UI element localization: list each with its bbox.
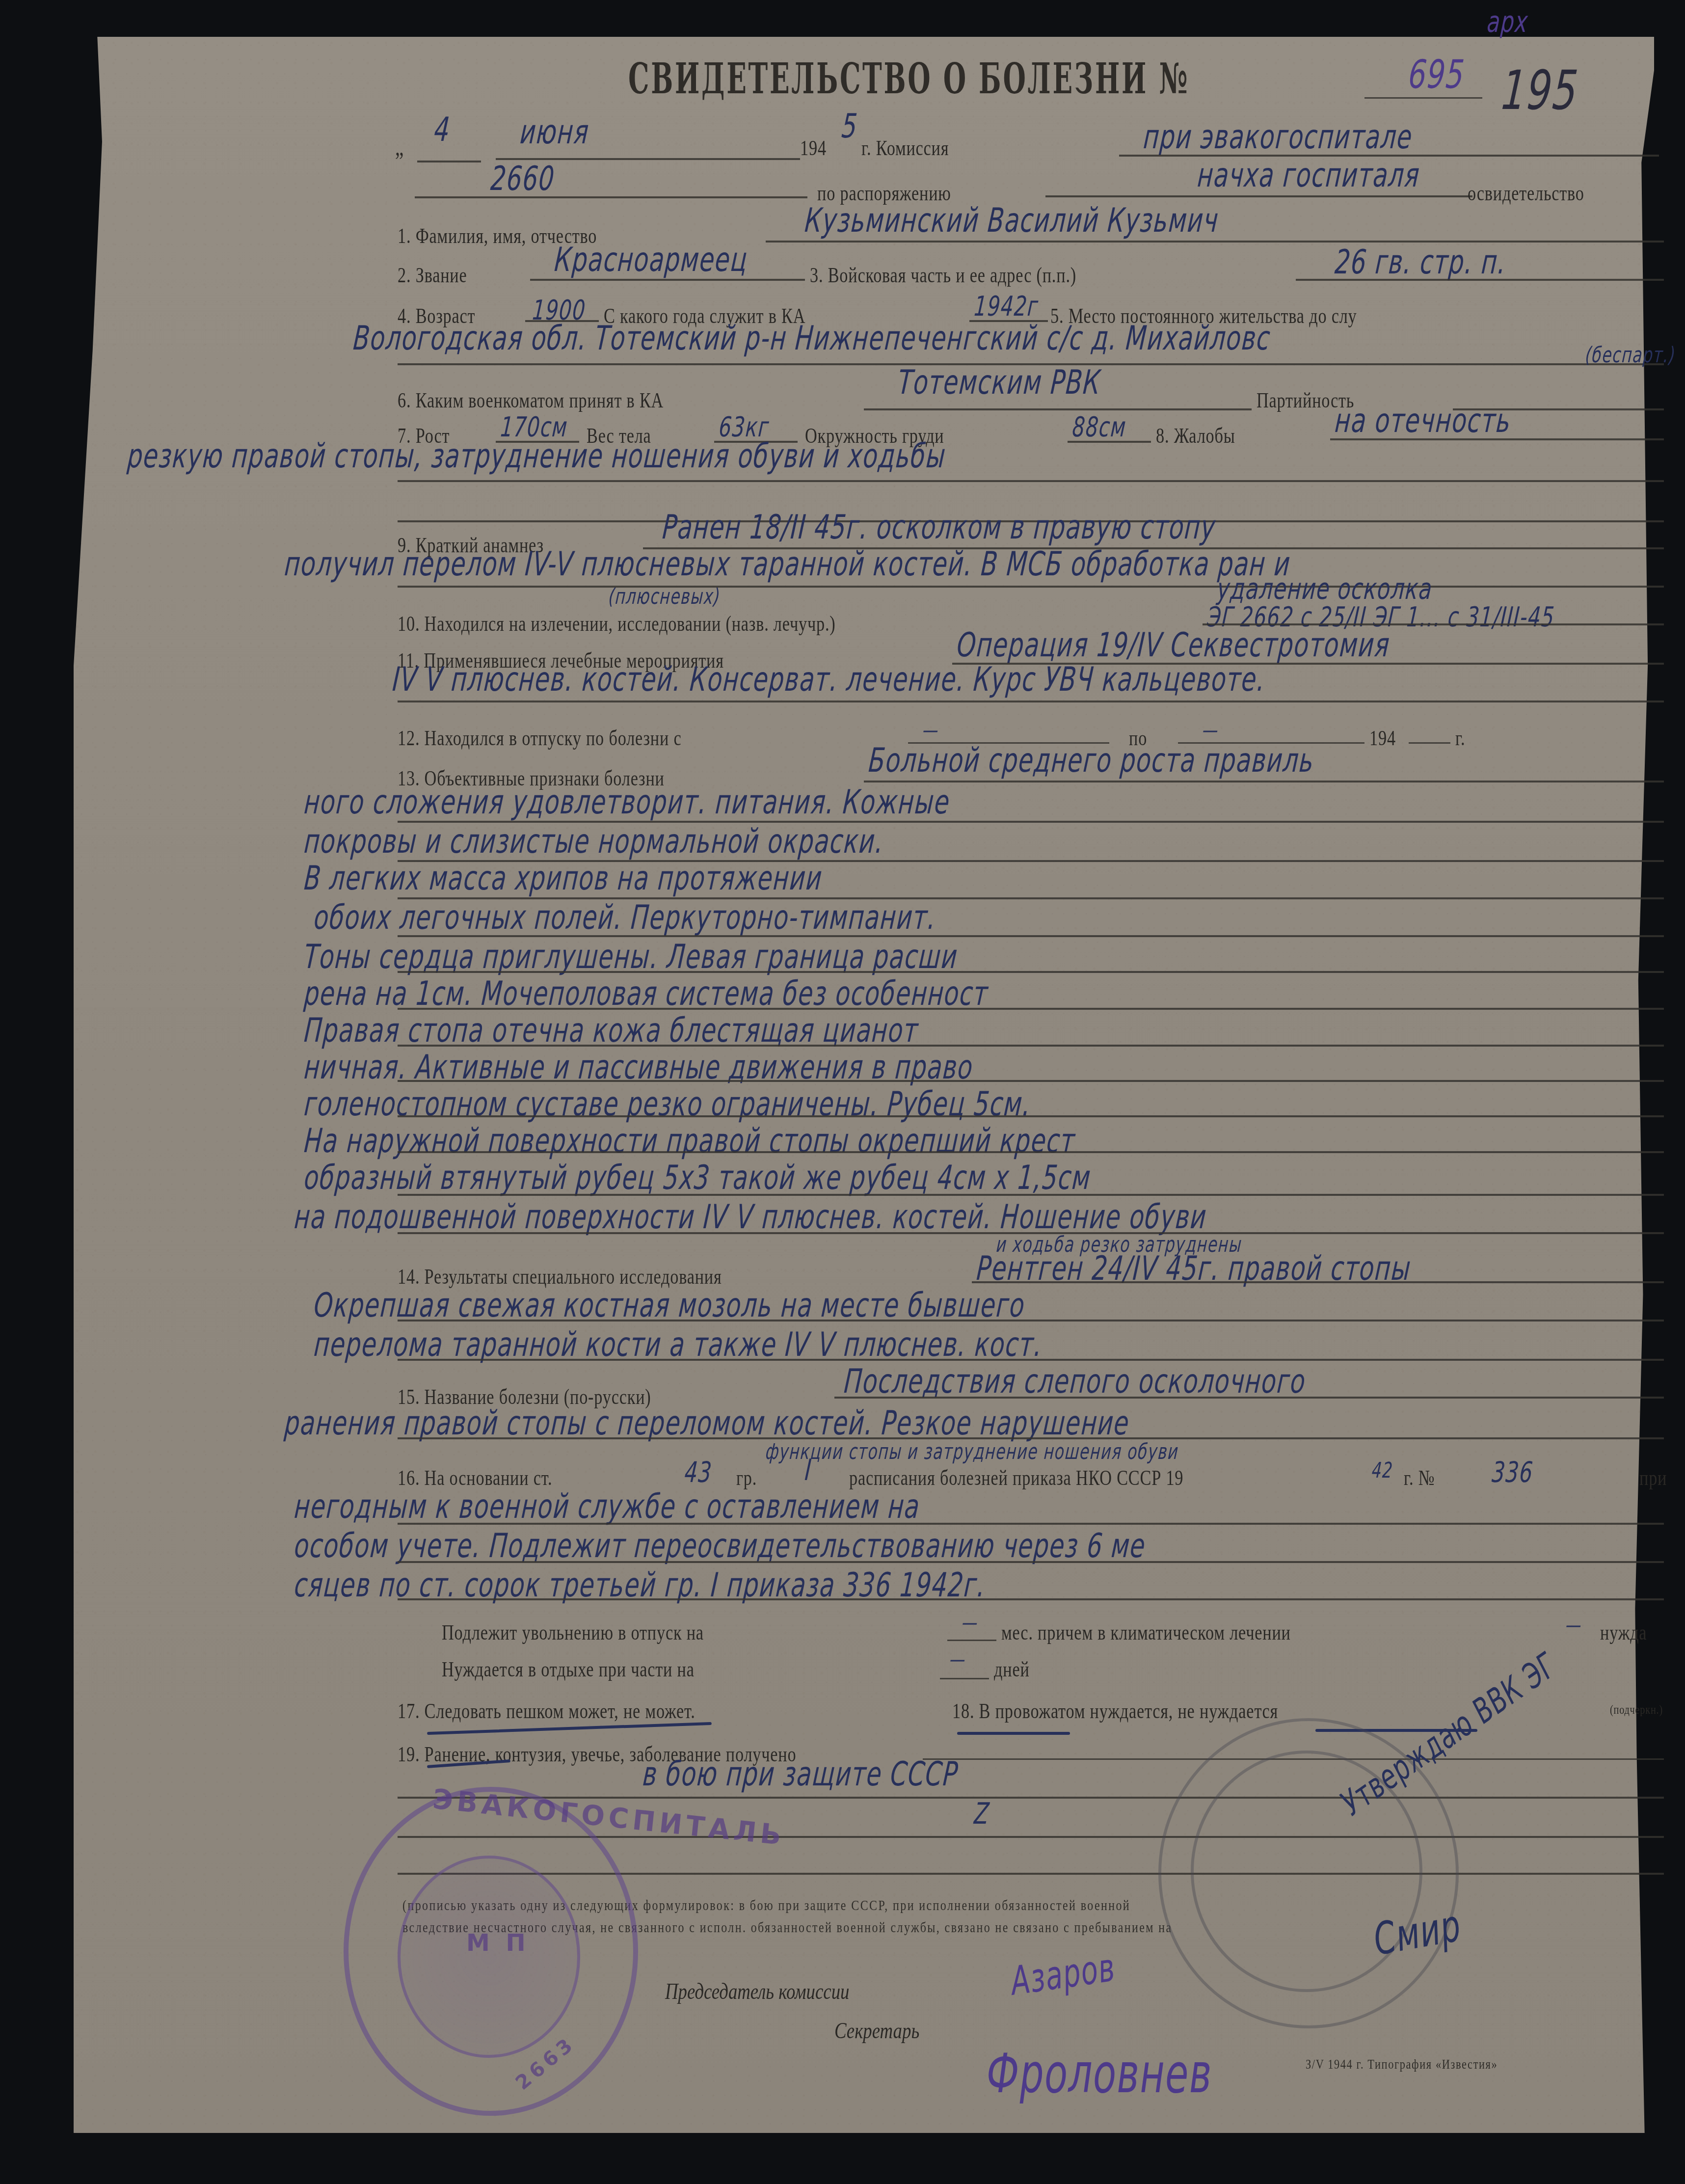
objective-line-11: образный втянутый рубец 5x3 такой же руб…	[303, 1159, 1093, 1197]
value-order-no: 336	[1491, 1456, 1534, 1489]
leave-months-underline	[947, 1640, 996, 1641]
commission-value: при эвакогоспитале	[1142, 118, 1414, 157]
label-escort: 18. В провожатом нуждается, не нуждается	[952, 1699, 1278, 1724]
value-full-name: Кузьминский Василий Кузьмич	[803, 201, 1220, 240]
order-by-value: начха госпиталя	[1196, 156, 1421, 195]
label-treated-at: 10. Находился на излечении, исследовании…	[398, 611, 835, 636]
rule-objective-11	[398, 1194, 1664, 1196]
objective-underline	[864, 781, 1664, 782]
rule-objective-9	[398, 1115, 1664, 1117]
complaints-underline	[1330, 438, 1664, 440]
label-rest: Нуждается в отдыхе при части на	[442, 1657, 695, 1682]
document-title: СВИДЕТЕЛЬСТВО О БОЛЕЗНИ №	[628, 54, 1189, 104]
rule-objective-6	[398, 1008, 1664, 1010]
rule-verdict-1	[398, 1523, 1664, 1525]
margin-number: 195	[1499, 59, 1580, 122]
value-service-since: 1942г	[973, 291, 1040, 323]
day-value: 4	[433, 110, 452, 149]
value-order-year: 42	[1371, 1458, 1394, 1483]
objective-line-12: на подошвенной поверхности IV V плюснев.…	[293, 1198, 1208, 1237]
rule-objective-5	[398, 971, 1664, 973]
label-leave-needs: нужда	[1600, 1620, 1647, 1645]
stamp-center-text: М П	[466, 1929, 530, 1957]
hospital-stamp: ЭВАКОГОСПИТАЛЬ М П 2663	[344, 1787, 638, 2116]
label-underline-note: (подчеркн.)	[1610, 1702, 1663, 1717]
label-special-exam: 14. Результаты специального исследования	[398, 1264, 722, 1289]
value-article: 43	[683, 1456, 713, 1489]
label-sick-leave: 12. Находился в отпуску по болезни с	[398, 726, 681, 751]
label-schedule: расписания болезней приказа НКО СССР 19	[849, 1465, 1183, 1490]
label-secretary: Секретарь	[834, 2018, 919, 2044]
anamnesis-interlinear: (плюсневых)	[608, 584, 722, 609]
certificate-number: 695	[1407, 52, 1466, 97]
label-rest-days: дней	[994, 1657, 1030, 1682]
objective-line-1: ного сложения удовлетворит. питания. Кож…	[303, 783, 952, 822]
rule-objective-4	[398, 935, 1664, 937]
value-diagnosis: Последствия слепого осколочного	[843, 1362, 1307, 1401]
rule-objective-8	[398, 1080, 1664, 1082]
value-complaints: на отечность	[1334, 402, 1513, 440]
label-leave: Подлежит увольнению в отпуск на	[442, 1620, 704, 1645]
rule-objective-10	[398, 1151, 1664, 1153]
value-chest: 88см	[1071, 411, 1128, 443]
wound-filler-z: Z	[973, 1797, 990, 1831]
treatment-continuation: IV V плюснев. костей. Консерват. лечение…	[391, 660, 1267, 699]
complaints-continuation: резкую правой стопы, затруднение ношения…	[126, 437, 947, 476]
diagnosis-interlinear: функции стопы и затруднение ношения обув…	[765, 1439, 1180, 1464]
objective-line-9: голеностопном суставе резко ограничены. …	[303, 1085, 1033, 1124]
value-enlistment-office: Тотемским РВК	[897, 363, 1102, 402]
month-value: июня	[519, 113, 590, 152]
year-prefix: 194	[800, 135, 827, 161]
verdict-line-2: особом учете. Подлежит переосвидетельств…	[293, 1527, 1147, 1565]
basis-tail: при	[1639, 1465, 1667, 1490]
special-exam-underline	[972, 1281, 1664, 1283]
value-treatment: Операция 19/IV Секвестротомия	[956, 626, 1391, 665]
anamnesis-continuation: получил перелом IV-V плюсневых таранной …	[283, 545, 1292, 584]
treated-underline	[1203, 623, 1664, 625]
archive-note: арх	[1486, 5, 1529, 39]
label-leave-climatic: мес. причем в климатическом лечении	[1001, 1620, 1291, 1645]
value-rest-days: —	[949, 1647, 967, 1672]
verdict-line-1: негодным к военной службе с оставлением …	[293, 1487, 921, 1526]
objective-line-2: покровы и слизистые нормальной окраски.	[303, 822, 885, 861]
label-walk-ability: 17. Следовать пешком может, не может.	[398, 1699, 695, 1724]
quote-open: „	[395, 133, 404, 161]
label-rank: 2. Звание	[398, 263, 467, 288]
rule-special-1	[398, 1320, 1664, 1321]
label-enlistment-office: 6. Каким военкоматом принят в КА	[398, 388, 664, 413]
label-complaints: 8. Жалобы	[1156, 423, 1235, 448]
order-underline	[1045, 195, 1472, 197]
objective-line-10: На наружной поверхности правой стопы окр…	[303, 1122, 1077, 1160]
stamp-emblem	[398, 1856, 580, 2058]
number-underline	[1364, 97, 1482, 99]
hospital-underline	[415, 196, 807, 198]
unit-underline	[1296, 279, 1664, 281]
rule-wound-1	[398, 1797, 1664, 1799]
value-sick-leave-from: —	[922, 718, 940, 743]
value-anamnesis: Ранен 18/II 45г. осколком в правую стопу	[661, 508, 1217, 547]
treatment-line-2	[398, 701, 1664, 702]
certified-label: освидетельство	[1468, 181, 1584, 206]
rule-verdict-3	[398, 1598, 1664, 1600]
day-underline	[417, 161, 481, 162]
anamnesis-line-2	[398, 586, 1664, 588]
hospital-number: 2660	[489, 160, 556, 198]
rule-objective-7	[398, 1045, 1664, 1047]
underline-escort-1	[957, 1732, 1070, 1735]
sick-leave-year: 194	[1369, 726, 1396, 751]
rule-special-2	[398, 1359, 1664, 1361]
value-objective-signs: Больной среднего роста правиль	[867, 741, 1316, 780]
chest-underline	[1068, 441, 1151, 443]
value-wound-origin: в бою при защите СССР	[642, 1755, 960, 1794]
sick-leave-year-suffix: г.	[1455, 726, 1465, 751]
value-party: (беспарт.)	[1584, 343, 1677, 368]
objective-line-4: обоих легочных полей. Перкуторно-тимпани…	[313, 898, 937, 937]
value-leave-months: —	[961, 1610, 979, 1635]
value-climatic: —	[1565, 1613, 1583, 1638]
label-group: гр.	[736, 1465, 757, 1490]
value-military-unit: 26 гв. стр. п.	[1334, 243, 1508, 282]
objective-line-3: В легких масса хрипов на протяжении	[303, 859, 824, 898]
printer-imprint: З/V 1944 г. Типография «Известия»	[1306, 2057, 1498, 2073]
year-suffix: 5	[840, 107, 859, 146]
label-chairman: Председатель комиссии	[665, 1978, 849, 2004]
label-military-unit: 3. Войсковая часть и ее адрес (п.п.)	[810, 263, 1076, 288]
rank-underline	[530, 279, 805, 281]
enlistment-underline	[864, 408, 1252, 410]
rest-days-underline	[940, 1678, 989, 1679]
complaints-line-2	[398, 480, 1664, 482]
label-order-no: г. №	[1404, 1465, 1435, 1490]
label-basis-article: 16. На основании ст.	[398, 1465, 552, 1490]
secretary-signature: Фроловнев	[987, 2042, 1212, 2105]
sick-leave-year-underline	[1409, 742, 1450, 744]
value-residence: Вологодская обл. Тотемский р-н Нижнепече…	[352, 319, 1272, 358]
full-name-underline	[766, 241, 1664, 243]
diagnosis-underline	[834, 1397, 1664, 1399]
rule-verdict-2	[398, 1561, 1664, 1563]
commission-label: г. Комиссия	[861, 135, 949, 161]
value-sick-leave-to: —	[1202, 718, 1220, 743]
value-rank: Красноармеец	[553, 241, 749, 279]
